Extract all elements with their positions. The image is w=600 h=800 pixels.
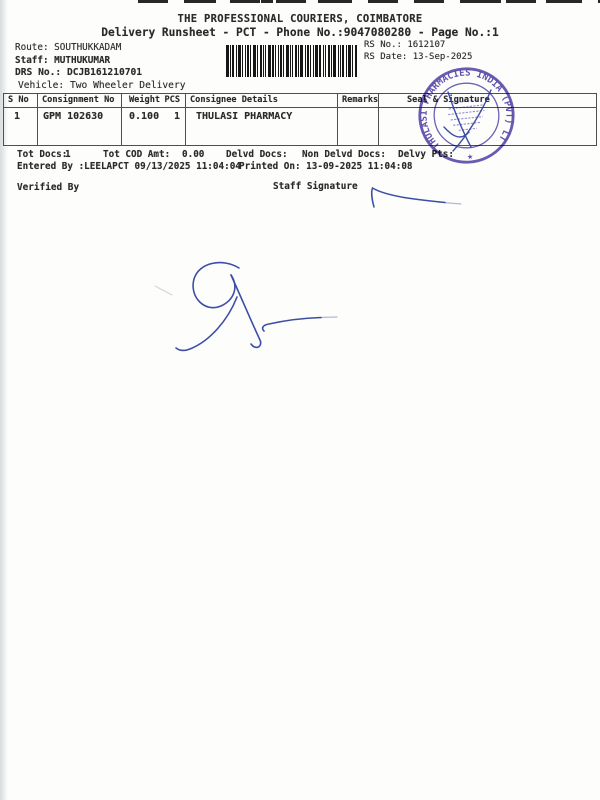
- printed-on-line: Printed On: 13-09-2025 11:04:08: [239, 161, 413, 172]
- non-delvd-docs-label: Non Delvd Docs:: [302, 149, 386, 160]
- main-signature: [155, 263, 337, 351]
- svg-text:THULASI PHARMACIES INDIA (PVT): THULASI PHARMACIES INDIA (PVT) LTD: [416, 65, 516, 152]
- row-pcs: 1: [174, 111, 180, 145]
- rs-no-field: RS No.: 1612107: [364, 40, 445, 50]
- row-sno: 1: [4, 108, 38, 145]
- route-field: Route: SOUTHUKKADAM: [15, 42, 121, 53]
- tot-docs-label: Tot Docs:: [17, 149, 67, 160]
- staff-signature-tick: [372, 188, 461, 207]
- tot-cod-value: 0.00: [182, 149, 204, 160]
- row-remarks: [338, 108, 379, 145]
- stamp-illegible-address-lines: [447, 99, 486, 131]
- col-header-remarks: Remarks: [338, 94, 379, 107]
- scan-artifact-top-barcode-strip: [138, 0, 600, 3]
- drs-no-field: DRS No.: DCJB161210701: [15, 67, 142, 78]
- rs-barcode: [226, 45, 358, 77]
- row-consignment: GPM 102630: [38, 108, 122, 145]
- company-title: THE PROFESSIONAL COURIERS, COIMBATORE: [0, 13, 600, 25]
- delvd-docs-label: Delvd Docs:: [226, 149, 288, 160]
- scanned-delivery-runsheet: THE PROFESSIONAL COURIERS, COIMBATORE De…: [0, 0, 600, 800]
- col-header-pcs: PCS: [164, 95, 180, 107]
- stamp-ring-text: THULASI PHARMACIES INDIA (PVT) LTD: [416, 65, 516, 152]
- entered-by-line: Entered By :LEELAPCT 09/13/2025 11:04:04: [17, 161, 241, 172]
- staff-field: Staff: MUTHUKUMAR: [15, 55, 110, 66]
- runsheet-subtitle: Delivery Runsheet - PCT - Phone No.:9047…: [0, 26, 600, 39]
- col-header-weight: Weight: [129, 95, 160, 107]
- col-header-consignee: Consignee Details: [186, 94, 338, 107]
- vehicle-field: Vehicle: Two Wheeler Delivery: [18, 80, 186, 91]
- verified-by-label: Verified By: [17, 182, 79, 193]
- pharmacy-rubber-stamp: THULASI PHARMACIES INDIA (PVT) LTD ★: [416, 65, 517, 166]
- col-header-consignment: Consignment No: [38, 94, 122, 107]
- row-weight: 0.100: [129, 111, 159, 145]
- col-header-sno: S No: [4, 94, 38, 107]
- staff-signature-label: Staff Signature: [273, 181, 358, 192]
- col-header-weight-pcs: Weight PCS: [122, 94, 186, 107]
- rs-date-field: RS Date: 13-Sep-2025: [364, 52, 472, 62]
- row-weight-pcs: 0.100 1: [122, 108, 186, 145]
- tot-docs-value: 1: [65, 149, 71, 160]
- stamp-star-icon: ★: [467, 151, 474, 162]
- tot-cod-label: Tot COD Amt:: [103, 149, 170, 160]
- row-consignee: THULASI PHARMACY: [186, 108, 338, 145]
